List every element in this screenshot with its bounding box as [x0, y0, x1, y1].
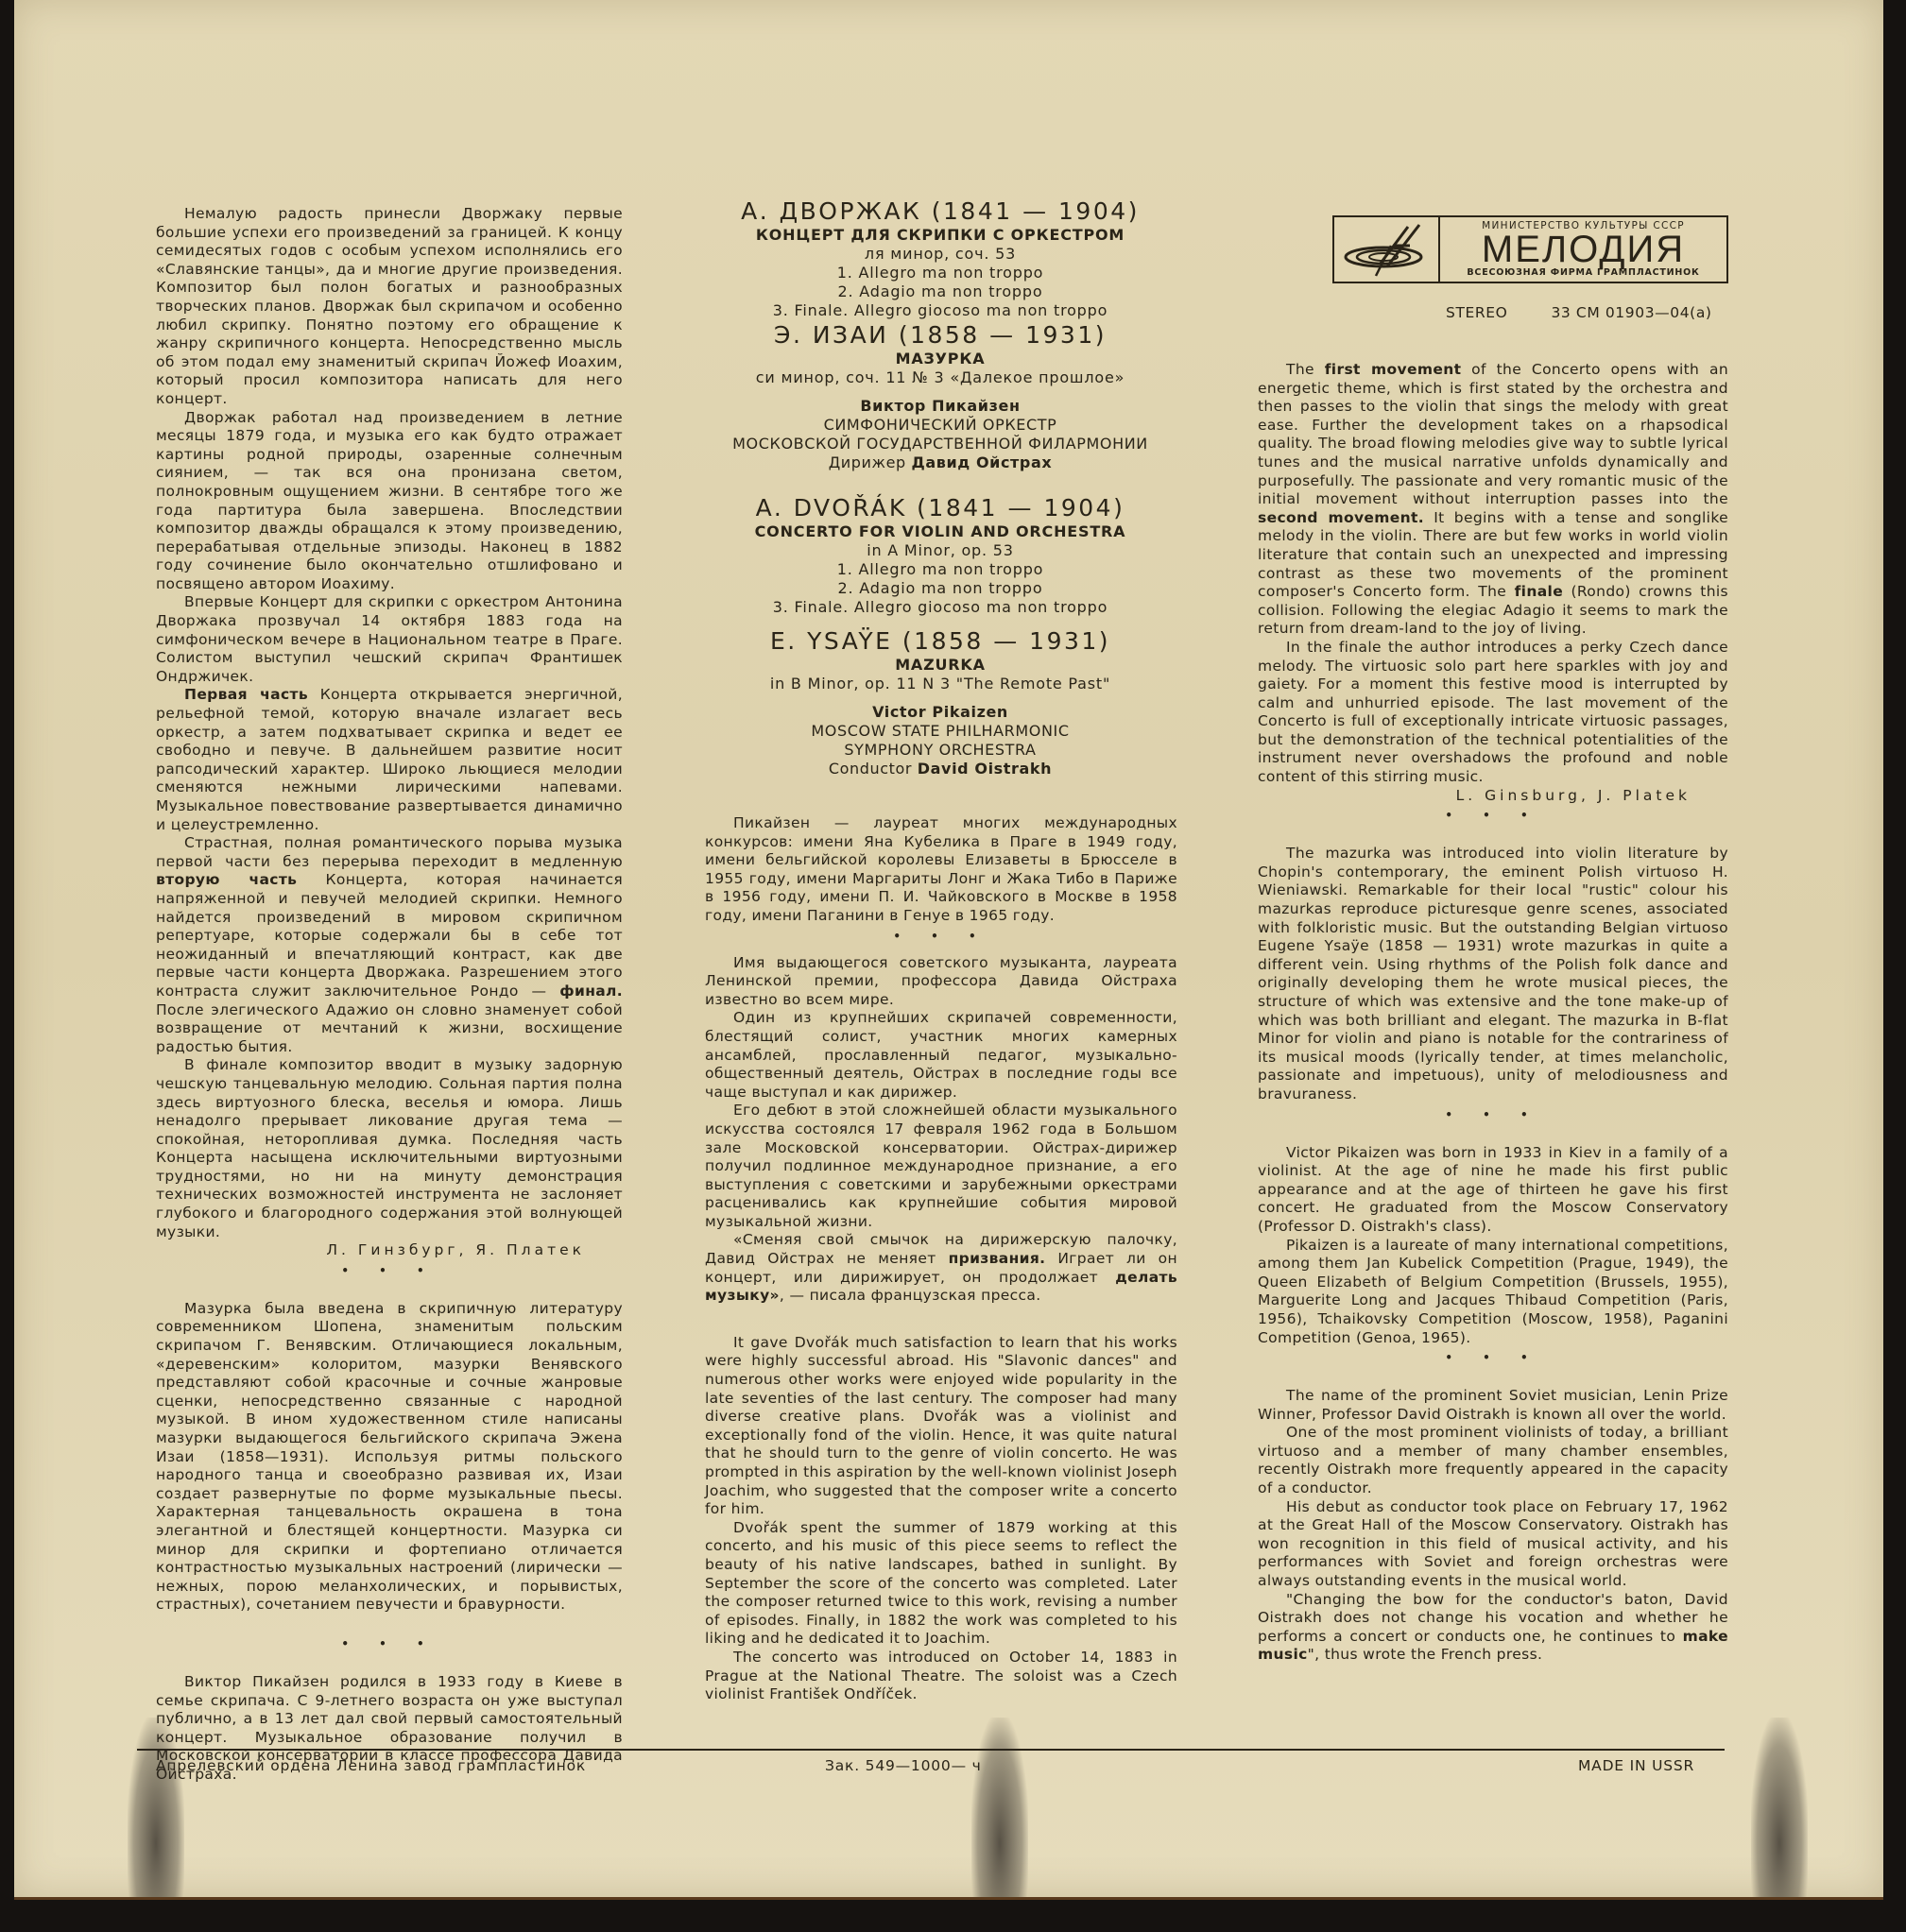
- signature: Л. Гинзбург, Я. Платек: [156, 1241, 623, 1260]
- footer-order-number: Зак. 549—1000— ч: [825, 1757, 982, 1774]
- work-key: си минор, соч. 11 № 3 «Далекое прошлое»: [676, 368, 1205, 387]
- soloist: Виктор Пикайзен: [676, 397, 1205, 416]
- orchestra: МОСКОВСКОЙ ГОСУДАРСТВЕННОЙ ФИЛАРМОНИИ: [676, 435, 1205, 453]
- separator: • • •: [705, 928, 1177, 945]
- clip-shadow: [128, 1718, 184, 1897]
- composer-title: E. YSAŸE (1858 — 1931): [676, 626, 1205, 656]
- paragraph: Dvořák spent the summer of 1879 working …: [705, 1519, 1177, 1649]
- work-key: in A Minor, op. 53: [676, 541, 1205, 560]
- separator: • • •: [156, 1635, 623, 1652]
- paragraph: Страстная, полная романтического порыва …: [156, 834, 623, 1056]
- movement: 2. Adagio ma non troppo: [676, 579, 1205, 598]
- paragraph: Его дебют в этой сложнейшей области музы…: [705, 1102, 1177, 1231]
- paragraph: Один из крупнейших скрипачей современнос…: [705, 1009, 1177, 1102]
- work-title: CONCERTO FOR VIOLIN AND ORCHESTRA: [676, 522, 1205, 541]
- paragraph: His debut as conductor took place on Feb…: [1258, 1498, 1728, 1591]
- paragraph: Немалую радость принесли Дворжаку первые…: [156, 205, 623, 409]
- work-title: MAZURKA: [676, 656, 1205, 675]
- clip-shadow: [971, 1718, 1028, 1897]
- paragraph: "Changing the bow for the conductor's ba…: [1258, 1591, 1728, 1665]
- paragraph: В финале композитор вводит в музыку задо…: [156, 1056, 623, 1241]
- orchestra: MOSCOW STATE PHILHARMONIC: [676, 722, 1205, 741]
- signature: L. Ginsburg, J. Platek: [1258, 787, 1728, 806]
- work-key: in B Minor, op. 11 N 3 "The Remote Past": [676, 675, 1205, 693]
- paragraph: Впервые Концерт для скрипки с оркестром …: [156, 593, 623, 686]
- movement: 3. Finale. Allegro giocoso ma non troppo: [676, 598, 1205, 617]
- paragraph: «Сменяя свой смычок на дирижерскую палоч…: [705, 1231, 1177, 1305]
- paragraph: Пикайзен — лауреат многих международных …: [705, 814, 1177, 926]
- paragraph: Первая часть Концерта открывается энерги…: [156, 686, 623, 834]
- paragraph: Pikaizen is a laureate of many internati…: [1258, 1237, 1728, 1348]
- composer-title: A. DVOŘÁK (1841 — 1904): [676, 493, 1205, 522]
- paragraph: Дворжак работал над произведением в летн…: [156, 409, 623, 594]
- track-listing: А. ДВОРЖАК (1841 — 1904) КОНЦЕРТ ДЛЯ СКР…: [676, 197, 1205, 778]
- paragraph: Victor Pikaizen was born in 1933 in Kiev…: [1258, 1144, 1728, 1237]
- composer-title: Э. ИЗАИ (1858 — 1931): [676, 320, 1205, 350]
- liner-notes-middle: Пикайзен — лауреат многих международных …: [705, 814, 1177, 1704]
- record-sleeve-back: Немалую радость принесли Дворжаку первые…: [14, 0, 1883, 1900]
- composer-title: А. ДВОРЖАК (1841 — 1904): [676, 197, 1205, 226]
- work-title: МАЗУРКА: [676, 350, 1205, 368]
- paragraph: The mazurka was introduced into violin l…: [1258, 845, 1728, 1103]
- work-key: ля минор, соч. 53: [676, 245, 1205, 264]
- liner-notes-en-right: The first movement of the Concerto opens…: [1258, 361, 1728, 1665]
- conductor: Conductor David Oistrakh: [676, 760, 1205, 778]
- paragraph: One of the most prominent violinists of …: [1258, 1424, 1728, 1497]
- catalog-info: STEREO33 СМ 01903—04(а): [1446, 304, 1756, 321]
- paragraph: The first movement of the Concerto opens…: [1258, 361, 1728, 639]
- separator: • • •: [1258, 1106, 1728, 1123]
- paragraph: The concerto was introduced on October 1…: [705, 1649, 1177, 1704]
- conductor: Дирижер Давид Ойстрах: [676, 453, 1205, 472]
- paragraph: It gave Dvořák much satisfaction to lear…: [705, 1334, 1177, 1519]
- work-title: КОНЦЕРТ ДЛЯ СКРИПКИ С ОРКЕСТРОМ: [676, 226, 1205, 245]
- melodiya-logo: МИНИСТЕРСТВО КУЛЬТУРЫ СССР МЕЛОДИЯ ВСЕСО…: [1332, 215, 1728, 283]
- clip-shadow: [1751, 1718, 1808, 1897]
- catalog-number: 33 СМ 01903—04(а): [1551, 304, 1711, 321]
- liner-notes-ru-left: Немалую радость принесли Дворжаку первые…: [156, 205, 623, 1785]
- format-label: STEREO: [1446, 304, 1507, 321]
- paragraph: Мазурка была введена в скрипичную литера…: [156, 1300, 623, 1615]
- orchestra: SYMPHONY ORCHESTRA: [676, 741, 1205, 760]
- separator: • • •: [1258, 807, 1728, 824]
- movement: 2. Adagio ma non troppo: [676, 282, 1205, 301]
- brand-name: МЕЛОДИЯ: [1440, 231, 1726, 267]
- paragraph: Имя выдающегося советского музыканта, ла…: [705, 954, 1177, 1010]
- brand-bottom: ВСЕСОЮЗНАЯ ФИРМА ГРАМПЛАСТИНОК: [1440, 267, 1726, 279]
- separator: • • •: [156, 1262, 623, 1279]
- movement: 1. Allegro ma non troppo: [676, 264, 1205, 282]
- footer-manufacturer: Апрелевский ордена Ленина завод грамплас…: [156, 1757, 586, 1774]
- paragraph: The name of the prominent Soviet musicia…: [1258, 1387, 1728, 1424]
- footer-divider: [137, 1749, 1725, 1751]
- soloist: Victor Pikaizen: [676, 703, 1205, 722]
- footer-made-in: MADE IN USSR: [1578, 1757, 1694, 1774]
- movement: 3. Finale. Allegro giocoso ma non troppo: [676, 301, 1205, 320]
- paragraph: In the finale the author introduces a pe…: [1258, 639, 1728, 787]
- movement: 1. Allegro ma non troppo: [676, 560, 1205, 579]
- orchestra: СИМФОНИЧЕСКИЙ ОРКЕСТР: [676, 416, 1205, 435]
- separator: • • •: [1258, 1349, 1728, 1366]
- melodiya-logo-icon: [1334, 217, 1440, 282]
